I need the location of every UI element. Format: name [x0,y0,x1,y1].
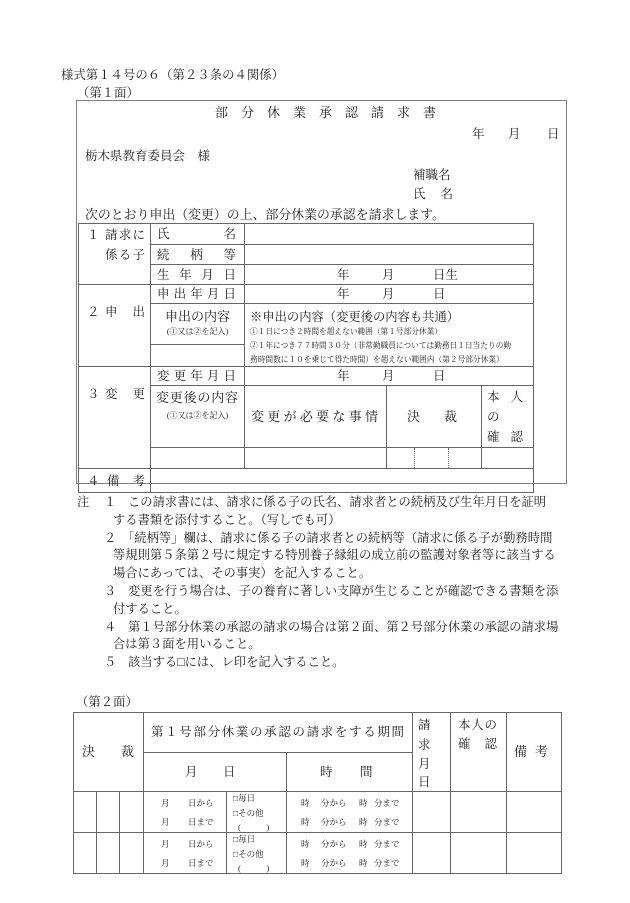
section-4-number: ４ [87,474,100,488]
to-day: 日まで [188,817,214,827]
birth-year-label: 年 [337,268,350,282]
section-2-label: 申出 [105,305,145,319]
request-content-note: ※申出の内容（変更後の内容も共通） ①１日につき２時間を超えない範囲（第１号部分… [245,304,534,367]
request-table: １ 請求に 係る子 氏名 続柄等 生年月日 年 月 日生 ２ 申出 申出 [78,223,534,493]
frequency-cell: □毎日 □その他 ( ) [227,792,287,833]
note-5-line-1: 該当する□には、レ印を記入すること。 [128,654,557,672]
change-reason-header-cell: 変更が必要な事情 [245,386,387,448]
request-month-label: 月 [382,287,395,301]
remarks-field [507,792,562,833]
time-1-start-hour: 時 [301,798,310,808]
section-3-label: 変更 [105,387,145,401]
approval-stamp-1 [387,448,415,469]
row-request-date: ２ 申出 申出年月日 年 月 日 [79,285,534,304]
notes: 注 １ この請求書には、請求に係る子の氏名、請求者との続柄及び生年月日を証明 す… [77,494,557,672]
time-1-end-minute: 分まで [374,798,400,808]
confirmation-header-line-1: 本人の [482,386,533,427]
child-name-label-cell: 氏名 [151,224,245,245]
changed-content-label-cell: 変更後の内容 (①又は②を記入) [151,386,245,448]
approval-header-cell: 決裁 [387,386,482,448]
page2-label: （第２面） [76,695,138,709]
note-2: ２ 「続柄等」欄は、請求に係る子の請求者との続柄等（請求に係る子が勤務時間 等規… [77,530,557,583]
period-time-header-cell: 時 間 [287,752,413,792]
confirmation-header-line-2: 確認 [482,427,533,447]
frequency-cell: □毎日 □その他 ( ) [227,833,287,874]
changed-content-label: 変更後の内容 [151,386,244,406]
approval-stamp-3 [449,448,482,469]
form-number: 様式第１４号の６（第２３条の４関係） [61,68,284,82]
section-3-header: ３ 変更 [79,367,151,469]
request-date-header-line-1: 請求 [413,713,450,755]
note-2-line-1: 「続柄等」欄は、請求に係る子の請求者との続柄等（請求に係る子が勤務時間 [122,530,557,548]
approval-stamp-a [74,833,97,874]
section-4-label: 備考 [107,474,145,488]
from-day: 日から [188,839,214,849]
time-1-end-minute: 分まで [374,839,400,849]
period-header-cell: 第１号部分休業の承認の請求をする期間 [144,713,413,753]
note-3: ３ 変更を行う場合は、子の養育に著しい支障が生じることが確認できる書類を添 付す… [77,583,557,619]
section-2-header: ２ 申出 [79,285,151,367]
section-1-header: １ 請求に 係る子 [79,224,151,285]
request-content-field [151,345,245,367]
request-day-label: 日 [433,287,446,301]
from-day: 日から [188,798,214,808]
to-day: 日まで [188,858,214,868]
time-2-end-minute: 分まで [374,858,400,868]
intro-text: 次のとおり申出（変更）の上、部分休業の承認を請求します。 [85,208,445,222]
note-4: ４ 第１号部分休業の承認の請求の場合は第２面、第２号部分休業の承認の請求場 合は… [77,619,557,655]
confirmation-header-cell: 本人の 確認 [482,386,534,448]
note-5-number: ５ [104,654,116,672]
period-row: 月 日から 月 日まで □毎日 □その他 ( ) 時 分から 時 分まで 時 分… [74,792,562,833]
relationship-field [245,245,534,265]
birthdate-label: 生年月日 [151,268,244,282]
request-date-field [413,792,451,833]
daily-checkbox: □毎日 [233,834,255,844]
remarks-field [151,469,534,493]
request-date-header-line-2: 月日 [413,755,450,791]
other-detail: ( ) [238,822,269,832]
confirmation-field [451,833,507,874]
change-date-field: 年 月 日 [245,367,534,386]
approval-stamp-a [74,792,97,833]
request-date-field: 年 月 日 [245,285,534,304]
time-1-end-hour: 時 [359,839,368,849]
relationship-label-cell: 続柄等 [151,245,245,265]
from-month: 月 [161,839,170,849]
request-year-label: 年 [337,287,350,301]
note-4-number: ４ [104,619,116,637]
note-4-line-2: 合は第３面を用いること。 [113,636,557,654]
addressee: 栃木県教育委員会 様 [85,149,210,163]
change-day-label: 日 [433,369,446,383]
note-3-line-1: 変更を行う場合は、子の養育に著しい支障が生じることが確認できる書類を添 [128,583,557,601]
content-option-2-line-1: ②１年につき７７時間３０分（非常勤職員については勤務日１日当たりの勤 [250,339,533,353]
content-note-heading: ※申出の内容（変更後の内容も共通） [250,309,533,325]
request-content-label: 申出の内容 [151,304,244,325]
page1-label: （第１面） [77,86,139,100]
time-range-cell: 時 分から 時 分まで 時 分から 時 分まで [287,833,413,874]
note-2-line-3: 場合にあっては、その事実）を記入すること。 [113,565,557,583]
time-2-start-hour: 時 [301,858,310,868]
request-date-label: 申出年月日 [151,287,244,301]
time-1-end-hour: 時 [359,798,368,808]
period-confirmation-line-1: 本人の [451,713,506,735]
changed-content-field [151,448,245,469]
changed-content-sublabel: (①又は②を記入) [151,409,244,423]
approval-stamp-b [97,833,120,874]
period-month-header: 月 [185,765,198,779]
period-day-header: 日 [223,765,236,779]
date-range-cell: 月 日から 月 日まで [144,792,227,833]
row-child-name: １ 請求に 係る子 氏名 [79,224,534,245]
period-approval-header: 決裁 [74,745,143,759]
remarks-field [507,833,562,874]
date-range-cell: 月 日から 月 日まで [144,833,227,874]
change-year-label: 年 [337,369,350,383]
applicant-name-label: 氏名 [413,187,453,201]
other-detail: ( ) [238,863,269,873]
section-1-label-line-2: 係る子 [105,248,145,262]
child-name-field [245,224,534,245]
note-2-line-2: 等規則第５条第２号に規定する特別養子縁組の成立前の監護対象者等に該当する [113,547,557,565]
note-2-number: ２ [104,530,116,548]
child-name-label: 氏名 [151,227,244,241]
request-date-label-cell: 申出年月日 [151,285,245,304]
note-4-line-1: 第１号部分休業の承認の請求の場合は第２面、第２号部分休業の承認の請求場 [128,619,557,637]
birth-day-label: 日生 [433,268,458,282]
time-1-start-hour: 時 [301,839,310,849]
approval-stamp-c [120,792,144,833]
confirmation-stamp [482,448,534,469]
period-remarks-header: 備考 [507,745,561,759]
approval-stamp-2 [415,448,449,469]
to-month: 月 [161,858,170,868]
position-label: 補職名 [413,168,451,182]
row-change-date: ３ 変更 変更年月日 年 月 日 [79,367,534,386]
row-remarks: ４ 備考 [79,469,534,493]
period-time-header-2: 間 [360,765,373,779]
confirmation-field [451,792,507,833]
approval-stamp-b [97,792,120,833]
section-3-number: ３ [87,387,100,401]
date-day-label: 日 [547,127,560,141]
birth-month-label: 月 [382,268,395,282]
section-1-number: １ [87,228,100,242]
remarks-header-cell: 備考 [507,713,562,792]
relationship-label: 続柄等 [151,248,244,262]
change-date-label: 変更年月日 [151,369,244,383]
time-2-end-hour: 時 [359,817,368,827]
from-month: 月 [161,798,170,808]
note-1-line-2: する書類を添付すること。（写しでも可） [113,512,557,530]
note-1-line-1: この請求書には、請求に係る子の氏名、請求者との続柄及び生年月日を証明 [128,494,557,512]
section-4-header: ４ 備考 [79,469,151,493]
time-2-start-hour: 時 [301,817,310,827]
request-date-field [413,833,451,874]
birthdate-field: 年 月 日生 [245,265,534,285]
form-title: 部分休業承認請求書 [215,106,449,120]
note-3-line-2: 付すること。 [113,601,557,619]
period-time-header-1: 時 [320,765,333,779]
time-2-start-minute: 分から [321,817,347,827]
confirmation-header-cell: 本人の 確認 [451,713,507,792]
request-content-sublabel: (①又は②を記入) [151,325,244,339]
change-reason-field [245,448,387,469]
period-row: 月 日から 月 日まで □毎日 □その他 ( ) 時 分から 時 分まで 時 分… [74,833,562,874]
content-option-1: ①１日につき２時間を超えない範囲（第１号部分休業） [250,325,533,339]
date-month-label: 月 [508,127,521,141]
time-2-end-hour: 時 [359,858,368,868]
other-checkbox: □その他 [233,849,264,859]
birthdate-label-cell: 生年月日 [151,265,245,285]
period-confirmation-line-2: 確認 [451,735,506,753]
period-header: 第１号部分休業の承認の請求をする期間 [144,725,412,739]
period-header-row-1: 決裁 第１号部分休業の承認の請求をする期間 請求 月日 本人の 確認 備考 [74,713,562,753]
date-year-label: 年 [472,127,485,141]
change-reason-header: 変更が必要な事情 [245,410,386,424]
change-month-label: 月 [382,369,395,383]
time-range-cell: 時 分から 時 分まで 時 分から 時 分まで [287,792,413,833]
request-date-header-cell: 請求 月日 [413,713,451,792]
period-date-header-cell: 月 日 [144,752,287,792]
time-2-start-minute: 分から [321,858,347,868]
approval-stamp-c [120,833,144,874]
time-1-start-minute: 分から [321,798,347,808]
note-1-number: １ [104,494,116,512]
approval-header-cell: 決裁 [74,713,144,792]
other-checkbox: □その他 [233,808,264,818]
section-1-label-line-1: 請求に [105,228,145,242]
note-3-number: ３ [104,583,116,601]
change-date-label-cell: 変更年月日 [151,367,245,386]
daily-checkbox: □毎日 [233,793,255,803]
time-2-end-minute: 分まで [374,817,400,827]
to-month: 月 [161,817,170,827]
approval-header: 決裁 [387,410,481,424]
section-2-number: ２ [87,305,100,319]
note-1: １ この請求書には、請求に係る子の氏名、請求者との続柄及び生年月日を証明 する書… [77,494,557,530]
request-content-label-cell: 申出の内容 (①又は②を記入) [151,304,245,345]
note-5: ５ 該当する□には、レ印を記入すること。 [77,654,557,672]
time-1-start-minute: 分から [321,839,347,849]
content-option-2-line-2: 務時間数に１０を乗じて得た時間）を超えない範囲内（第２号部分休業） [250,353,533,366]
period-table: 決裁 第１号部分休業の承認の請求をする期間 請求 月日 本人の 確認 備考 月 … [73,712,562,874]
